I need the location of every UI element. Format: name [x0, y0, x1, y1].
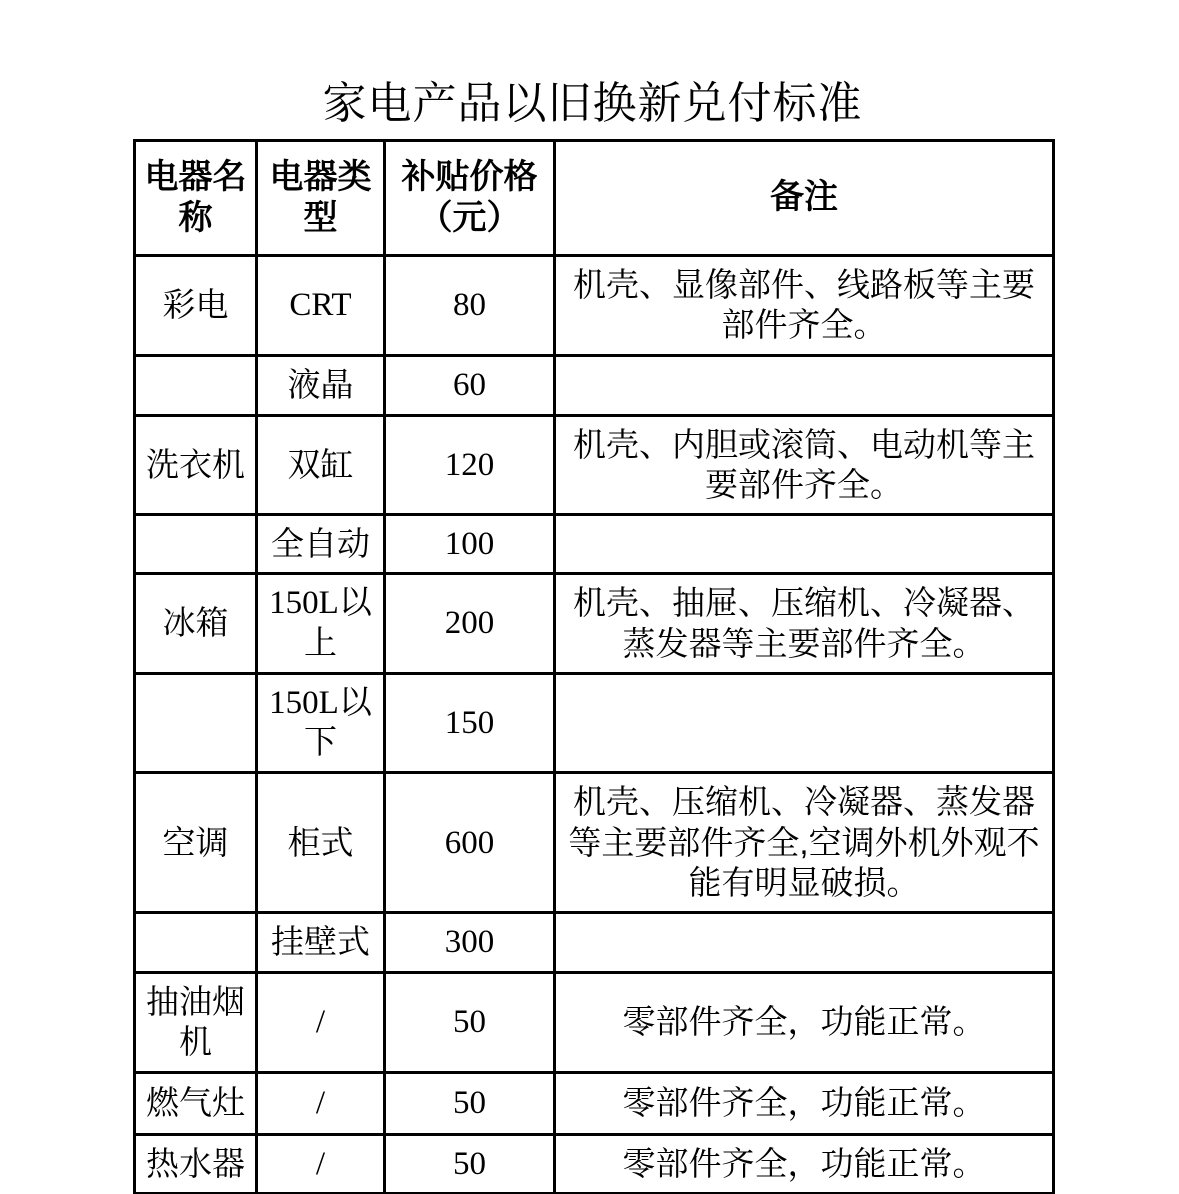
cell-appliance-name: 冰箱: [135, 574, 257, 674]
col-header-appliance-name: 电器名称: [135, 141, 257, 256]
cell-appliance-type: 挂壁式: [257, 913, 385, 973]
cell-appliance-name: [135, 913, 257, 973]
cell-appliance-type: 液晶: [257, 355, 385, 415]
cell-subsidy-price: 50: [385, 1072, 555, 1134]
cell-subsidy-price: 60: [385, 355, 555, 415]
cell-appliance-type: 全自动: [257, 515, 385, 574]
page-title: 家电产品以旧换新兑付标准: [133, 82, 1052, 126]
cell-remark: [555, 913, 1054, 973]
cell-remark: 零部件齐全，功能正常。: [555, 1072, 1054, 1134]
cell-appliance-type: /: [257, 973, 385, 1073]
header-row: 电器名称 电器类型 补贴价格（元） 备注: [135, 141, 1054, 256]
cell-appliance-type: /: [257, 1134, 385, 1193]
cell-appliance-type: 150L以上: [257, 574, 385, 674]
cell-appliance-type: 双缸: [257, 415, 385, 515]
cell-appliance-name: [135, 673, 257, 773]
cell-appliance-name: 燃气灶: [135, 1072, 257, 1134]
cell-subsidy-price: 200: [385, 574, 555, 674]
table-row: 热水器 / 50 零部件齐全，功能正常。: [135, 1134, 1054, 1193]
cell-appliance-name: 热水器: [135, 1134, 257, 1193]
table-row: 抽油烟机 / 50 零部件齐全，功能正常。: [135, 973, 1054, 1073]
col-header-remark: 备注: [555, 141, 1054, 256]
cell-remark: 零部件齐全，功能正常。: [555, 973, 1054, 1073]
table-row: 150L以下 150: [135, 673, 1054, 773]
cell-appliance-name: 抽油烟机: [135, 973, 257, 1073]
cell-remark: 机壳、压缩机、冷凝器、蒸发器等主要部件齐全,空调外机外观不能有明显破损。: [555, 773, 1054, 913]
table-row: 彩电 CRT 80 机壳、显像部件、线路板等主要部件齐全。: [135, 256, 1054, 356]
cell-subsidy-price: 120: [385, 415, 555, 515]
cell-appliance-type: /: [257, 1072, 385, 1134]
document-page: 家电产品以旧换新兑付标准 电器名称 电器类型 补贴价格（元） 备注 彩电 CRT…: [0, 0, 1179, 1194]
cell-appliance-name: 洗衣机: [135, 415, 257, 515]
cell-subsidy-price: 100: [385, 515, 555, 574]
table-row: 挂壁式 300: [135, 913, 1054, 973]
table-row: 空调 柜式 600 机壳、压缩机、冷凝器、蒸发器等主要部件齐全,空调外机外观不能…: [135, 773, 1054, 913]
cell-subsidy-price: 600: [385, 773, 555, 913]
cell-appliance-name: [135, 355, 257, 415]
table-row: 液晶 60: [135, 355, 1054, 415]
cell-remark: 机壳、显像部件、线路板等主要部件齐全。: [555, 256, 1054, 356]
table-row: 洗衣机 双缸 120 机壳、内胆或滚筒、电动机等主要部件齐全。: [135, 415, 1054, 515]
col-header-appliance-type: 电器类型: [257, 141, 385, 256]
cell-appliance-type: CRT: [257, 256, 385, 356]
cell-subsidy-price: 80: [385, 256, 555, 356]
cell-remark: [555, 355, 1054, 415]
col-header-subsidy-price: 补贴价格（元）: [385, 141, 555, 256]
cell-subsidy-price: 50: [385, 1134, 555, 1193]
table-row: 燃气灶 / 50 零部件齐全，功能正常。: [135, 1072, 1054, 1134]
cell-subsidy-price: 150: [385, 673, 555, 773]
cell-remark: [555, 673, 1054, 773]
cell-appliance-type: 150L以下: [257, 673, 385, 773]
cell-appliance-name: 彩电: [135, 256, 257, 356]
cell-remark: 零部件齐全，功能正常。: [555, 1134, 1054, 1193]
cell-appliance-name: [135, 515, 257, 574]
subsidy-table: 电器名称 电器类型 补贴价格（元） 备注 彩电 CRT 80 机壳、显像部件、线…: [133, 139, 1055, 1194]
cell-subsidy-price: 50: [385, 973, 555, 1073]
cell-subsidy-price: 300: [385, 913, 555, 973]
table-row: 冰箱 150L以上 200 机壳、抽屉、压缩机、冷凝器、蒸发器等主要部件齐全。: [135, 574, 1054, 674]
table-row: 全自动 100: [135, 515, 1054, 574]
cell-appliance-type: 柜式: [257, 773, 385, 913]
cell-appliance-name: 空调: [135, 773, 257, 913]
cell-remark: [555, 515, 1054, 574]
cell-remark: 机壳、内胆或滚筒、电动机等主要部件齐全。: [555, 415, 1054, 515]
cell-remark: 机壳、抽屉、压缩机、冷凝器、蒸发器等主要部件齐全。: [555, 574, 1054, 674]
